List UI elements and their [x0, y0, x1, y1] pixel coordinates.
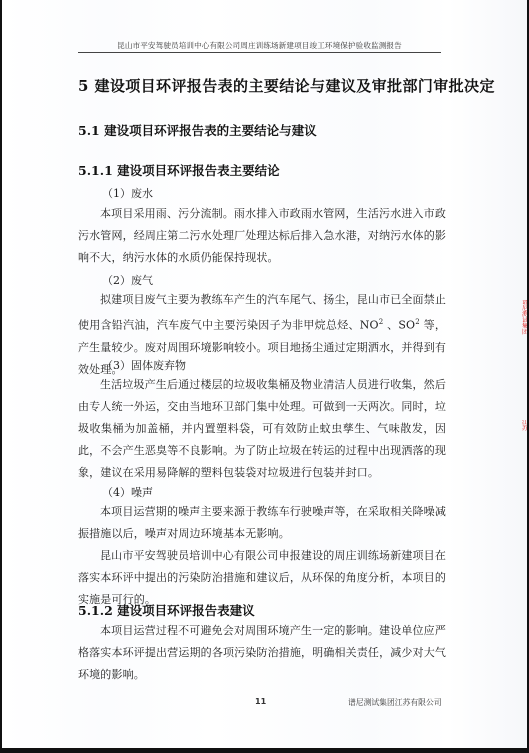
- paragraph-suggestions: 本项目运营过程不可避免会对周围环境产生一定的影响。建设单位应严格落实本环评提出营…: [78, 620, 446, 686]
- page-number: 11: [255, 697, 266, 706]
- paragraph-wastewater: 本项目采用雨、污分流制。雨水排入市政雨水管网，生活污水进入市政污水管网，经周庄第…: [78, 203, 446, 269]
- item-label-wastewater: （1）废水: [102, 185, 153, 201]
- item-label-solid-waste: （3）固体废弃物: [102, 357, 186, 373]
- section-title: 5 建设项目环评报告表的主要结论与建议及审批部门审批决定: [78, 75, 495, 96]
- running-header: 昆山市平安驾驶员培训中心有限公司周庄训练场新建项目竣工环境保护验收监测报告: [78, 40, 441, 51]
- paragraph-solid-waste: 生活垃圾产生后通过楼层的垃圾收集桶及物业清洁人员进行收集，然后由专人统一外运，交…: [78, 374, 446, 484]
- paragraph-noise: 本项目运营期的噪声主要来源于教练车行驶噪声等，在采取相关降噪减振措施以后，噪声对…: [78, 501, 446, 545]
- scan-border-bottom: [0, 748, 529, 753]
- item-label-noise: （4）噪声: [102, 484, 153, 500]
- scan-border-left: [0, 0, 2, 753]
- subsection-title: 5.1 建设项目环评报告表的主要结论与建议: [78, 121, 317, 139]
- item-label-exhaust: （2）废气: [102, 272, 153, 288]
- header-rule: [78, 52, 441, 53]
- seal-stamp-fragment-top: 谱尼测试集团: [522, 300, 527, 385]
- footer-company: 谱尼测试集团江苏有限公司: [348, 697, 442, 708]
- suggestions-title: 5.1.2 建设项目环评报告表建议: [78, 601, 255, 619]
- seal-stamp-fragment-bottom: 江苏: [522, 420, 527, 505]
- conclusions-title: 5.1.1 建设项目环评报告表主要结论: [78, 161, 280, 179]
